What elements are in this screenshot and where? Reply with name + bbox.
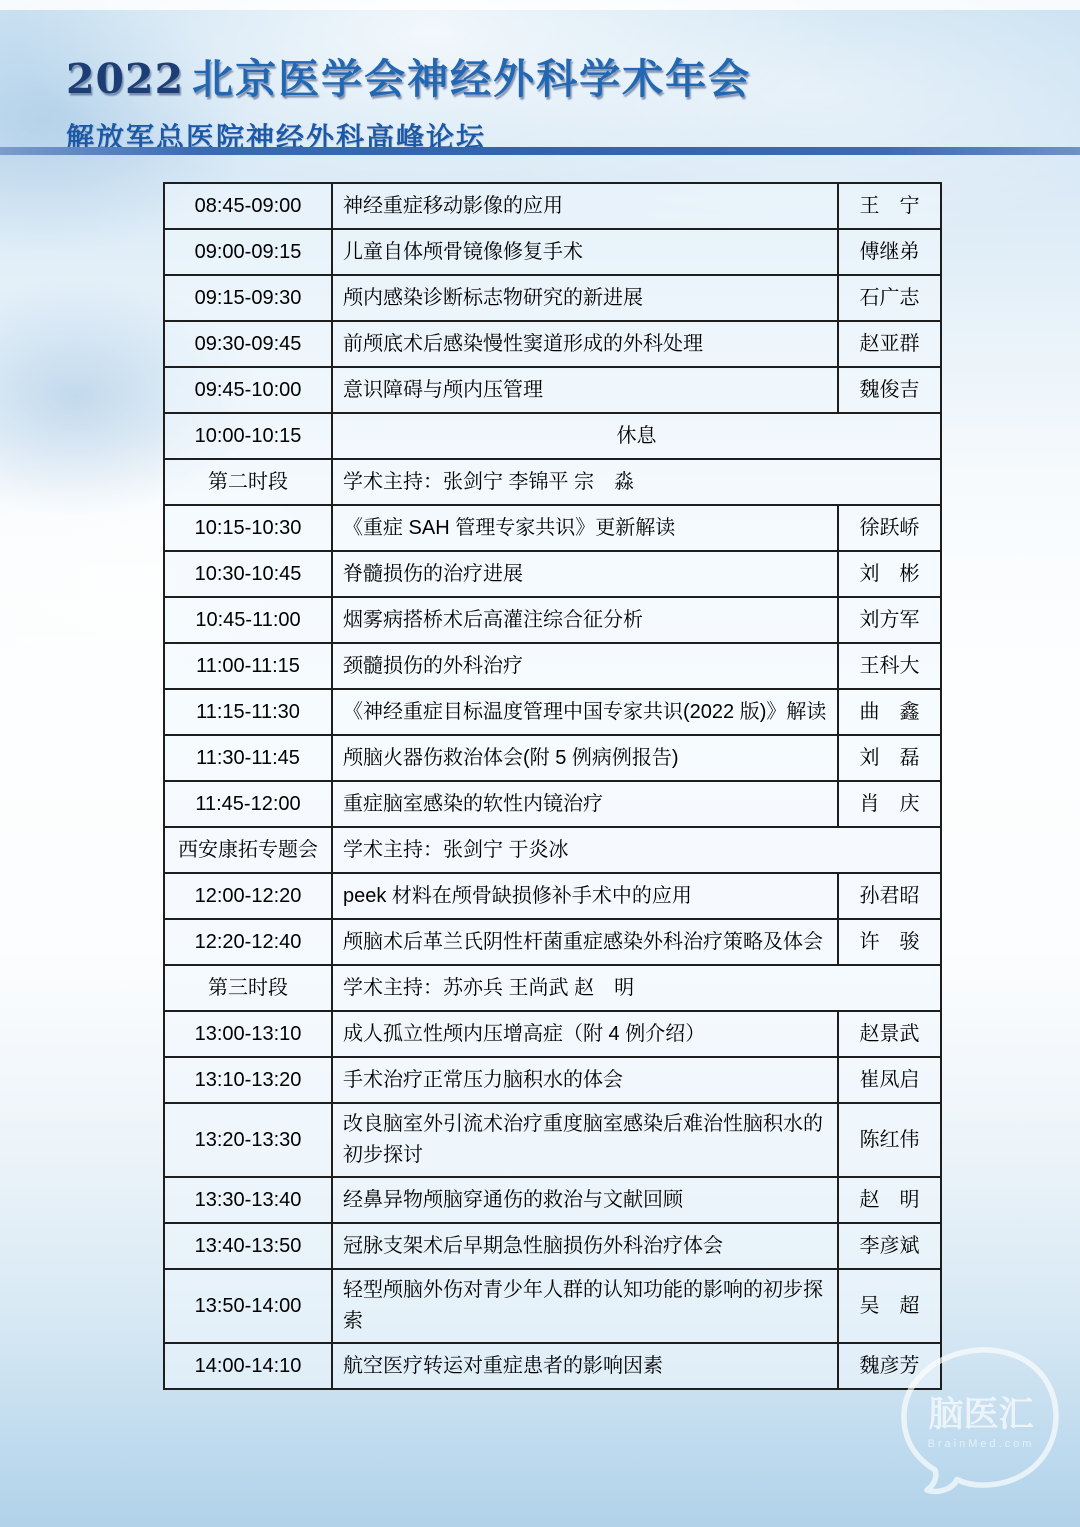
table-row: 12:20-12:40颅脑术后革兰氏阴性杆菌重症感染外科治疗策略及体会许 骏 [164, 919, 941, 965]
title-cell: 改良脑室外引流术治疗重度脑室感染后难治性脑积水的初步探讨 [332, 1103, 838, 1177]
time-cell: 13:30-13:40 [164, 1177, 332, 1223]
title-cell: 神经重症移动影像的应用 [332, 183, 838, 229]
page-title: 2022北京医学会神经外科学术年会 [66, 46, 751, 105]
table-row: 第三时段学术主持：苏亦兵 王尚武 赵 明 [164, 965, 941, 1011]
schedule-table: 08:45-09:00神经重症移动影像的应用王 宁09:00-09:15儿童自体… [163, 182, 942, 1390]
title-cell: 意识障碍与颅内压管理 [332, 367, 838, 413]
time-cell: 08:45-09:00 [164, 183, 332, 229]
title-cell: 儿童自体颅骨镜像修复手术 [332, 229, 838, 275]
time-cell: 13:20-13:30 [164, 1103, 332, 1177]
title-cell: 颅内感染诊断标志物研究的新进展 [332, 275, 838, 321]
speaker-cell: 孙君昭 [838, 873, 941, 919]
time-cell: 10:45-11:00 [164, 597, 332, 643]
brainmed-watermark: 脑医汇 BrainMed.com [892, 1343, 1068, 1501]
brainmed-logo-subtext: BrainMed.com [928, 1438, 1035, 1450]
title-cell: 颈髓损伤的外科治疗 [332, 643, 838, 689]
speaker-cell: 崔凤启 [838, 1057, 941, 1103]
table-row: 10:00-10:15休息 [164, 413, 941, 459]
title-main: 北京医学会神经外科学术年会 [192, 56, 751, 102]
session-label-cell: 第三时段 [164, 965, 332, 1011]
table-row: 11:00-11:15颈髓损伤的外科治疗王科大 [164, 643, 941, 689]
title-cell: 《神经重症目标温度管理中国专家共识(2022 版)》解读 [332, 689, 838, 735]
time-cell: 10:15-10:30 [164, 505, 332, 551]
time-cell: 13:10-13:20 [164, 1057, 332, 1103]
title-cell: 重症脑室感染的软性内镜治疗 [332, 781, 838, 827]
table-row: 13:20-13:30改良脑室外引流术治疗重度脑室感染后难治性脑积水的初步探讨陈… [164, 1103, 941, 1177]
speaker-cell: 傅继弟 [838, 229, 941, 275]
time-cell: 14:00-14:10 [164, 1343, 332, 1389]
speaker-cell: 曲 鑫 [838, 689, 941, 735]
time-cell: 12:00-12:20 [164, 873, 332, 919]
table-row: 14:00-14:10航空医疗转运对重症患者的影响因素魏彦芳 [164, 1343, 941, 1389]
speaker-cell: 石广志 [838, 275, 941, 321]
table-row: 13:40-13:50冠脉支架术后早期急性脑损伤外科治疗体会李彦斌 [164, 1223, 941, 1269]
speaker-cell: 许 骏 [838, 919, 941, 965]
table-row: 12:00-12:20peek 材料在颅骨缺损修补手术中的应用孙君昭 [164, 873, 941, 919]
title-cell: 成人孤立性颅内压增高症（附 4 例介绍） [332, 1011, 838, 1057]
speaker-cell: 陈红伟 [838, 1103, 941, 1177]
top-white-strip [0, 0, 1080, 10]
table-row: 09:45-10:00意识障碍与颅内压管理魏俊吉 [164, 367, 941, 413]
table-row: 09:15-09:30颅内感染诊断标志物研究的新进展石广志 [164, 275, 941, 321]
table-row: 08:45-09:00神经重症移动影像的应用王 宁 [164, 183, 941, 229]
time-cell: 09:45-10:00 [164, 367, 332, 413]
time-cell: 13:40-13:50 [164, 1223, 332, 1269]
title-cell: 烟雾病搭桥术后高灌注综合征分析 [332, 597, 838, 643]
title-cell: 《重症 SAH 管理专家共识》更新解读 [332, 505, 838, 551]
speaker-cell: 赵亚群 [838, 321, 941, 367]
table-row: 10:45-11:00烟雾病搭桥术后高灌注综合征分析刘方军 [164, 597, 941, 643]
table-row: 13:00-13:10成人孤立性颅内压增高症（附 4 例介绍）赵景武 [164, 1011, 941, 1057]
title-cell: 航空医疗转运对重症患者的影响因素 [332, 1343, 838, 1389]
speaker-cell: 吴 超 [838, 1269, 941, 1343]
speaker-cell: 王 宁 [838, 183, 941, 229]
title-cell: 冠脉支架术后早期急性脑损伤外科治疗体会 [332, 1223, 838, 1269]
header-divider [0, 147, 1080, 155]
table-row: 13:10-13:20手术治疗正常压力脑积水的体会崔凤启 [164, 1057, 941, 1103]
time-cell: 11:45-12:00 [164, 781, 332, 827]
table-row: 西安康拓专题会学术主持：张剑宁 于炎冰 [164, 827, 941, 873]
table-row: 09:30-09:45前颅底术后感染慢性窦道形成的外科处理赵亚群 [164, 321, 941, 367]
speaker-cell: 刘方军 [838, 597, 941, 643]
title-year: 2022 [66, 55, 184, 103]
time-cell: 09:00-09:15 [164, 229, 332, 275]
session-chairs-cell: 学术主持：张剑宁 于炎冰 [332, 827, 941, 873]
title-cell: peek 材料在颅骨缺损修补手术中的应用 [332, 873, 838, 919]
title-cell: 轻型颅脑外伤对青少年人群的认知功能的影响的初步探索 [332, 1269, 838, 1343]
title-cell: 手术治疗正常压力脑积水的体会 [332, 1057, 838, 1103]
time-cell: 11:00-11:15 [164, 643, 332, 689]
table-row: 10:15-10:30《重症 SAH 管理专家共识》更新解读徐跃峤 [164, 505, 941, 551]
speaker-cell: 徐跃峤 [838, 505, 941, 551]
session-chairs-cell: 学术主持：苏亦兵 王尚武 赵 明 [332, 965, 941, 1011]
table-row: 第二时段学术主持：张剑宁 李锦平 宗 淼 [164, 459, 941, 505]
brainmed-logo-text: 脑医汇 [928, 1395, 1033, 1434]
time-cell: 09:15-09:30 [164, 275, 332, 321]
time-cell: 13:00-13:10 [164, 1011, 332, 1057]
table-row: 13:50-14:00轻型颅脑外伤对青少年人群的认知功能的影响的初步探索吴 超 [164, 1269, 941, 1343]
table-row: 09:00-09:15儿童自体颅骨镜像修复手术傅继弟 [164, 229, 941, 275]
time-cell: 12:20-12:40 [164, 919, 332, 965]
time-cell: 10:00-10:15 [164, 413, 332, 459]
speaker-cell: 魏俊吉 [838, 367, 941, 413]
table-row: 11:15-11:30《神经重症目标温度管理中国专家共识(2022 版)》解读曲… [164, 689, 941, 735]
session-chairs-cell: 学术主持：张剑宁 李锦平 宗 淼 [332, 459, 941, 505]
title-cell: 颅脑火器伤救治体会(附 5 例病例报告) [332, 735, 838, 781]
speaker-cell: 李彦斌 [838, 1223, 941, 1269]
conference-schedule-page: { "header": { "title_year": "2022", "tit… [0, 0, 1080, 1527]
speaker-cell: 王科大 [838, 643, 941, 689]
time-cell: 13:50-14:00 [164, 1269, 332, 1343]
speaker-cell: 赵景武 [838, 1011, 941, 1057]
table-row: 11:45-12:00重症脑室感染的软性内镜治疗肖 庆 [164, 781, 941, 827]
schedule-table-body: 08:45-09:00神经重症移动影像的应用王 宁09:00-09:15儿童自体… [164, 183, 941, 1389]
title-cell: 前颅底术后感染慢性窦道形成的外科处理 [332, 321, 838, 367]
time-cell: 11:30-11:45 [164, 735, 332, 781]
speaker-cell: 刘 彬 [838, 551, 941, 597]
session-label-cell: 西安康拓专题会 [164, 827, 332, 873]
time-cell: 10:30-10:45 [164, 551, 332, 597]
table-row: 10:30-10:45脊髓损伤的治疗进展刘 彬 [164, 551, 941, 597]
speaker-cell: 赵 明 [838, 1177, 941, 1223]
speaker-cell: 刘 磊 [838, 735, 941, 781]
title-cell: 脊髓损伤的治疗进展 [332, 551, 838, 597]
table-row: 11:30-11:45颅脑火器伤救治体会(附 5 例病例报告)刘 磊 [164, 735, 941, 781]
time-cell: 11:15-11:30 [164, 689, 332, 735]
speaker-cell: 肖 庆 [838, 781, 941, 827]
title-cell: 颅脑术后革兰氏阴性杆菌重症感染外科治疗策略及体会 [332, 919, 838, 965]
time-cell: 09:30-09:45 [164, 321, 332, 367]
session-label-cell: 第二时段 [164, 459, 332, 505]
break-cell: 休息 [332, 413, 941, 459]
table-row: 13:30-13:40经鼻异物颅脑穿通伤的救治与文献回顾赵 明 [164, 1177, 941, 1223]
page-header: 2022北京医学会神经外科学术年会 解放军总医院神经外科高峰论坛 [66, 46, 751, 156]
title-cell: 经鼻异物颅脑穿通伤的救治与文献回顾 [332, 1177, 838, 1223]
